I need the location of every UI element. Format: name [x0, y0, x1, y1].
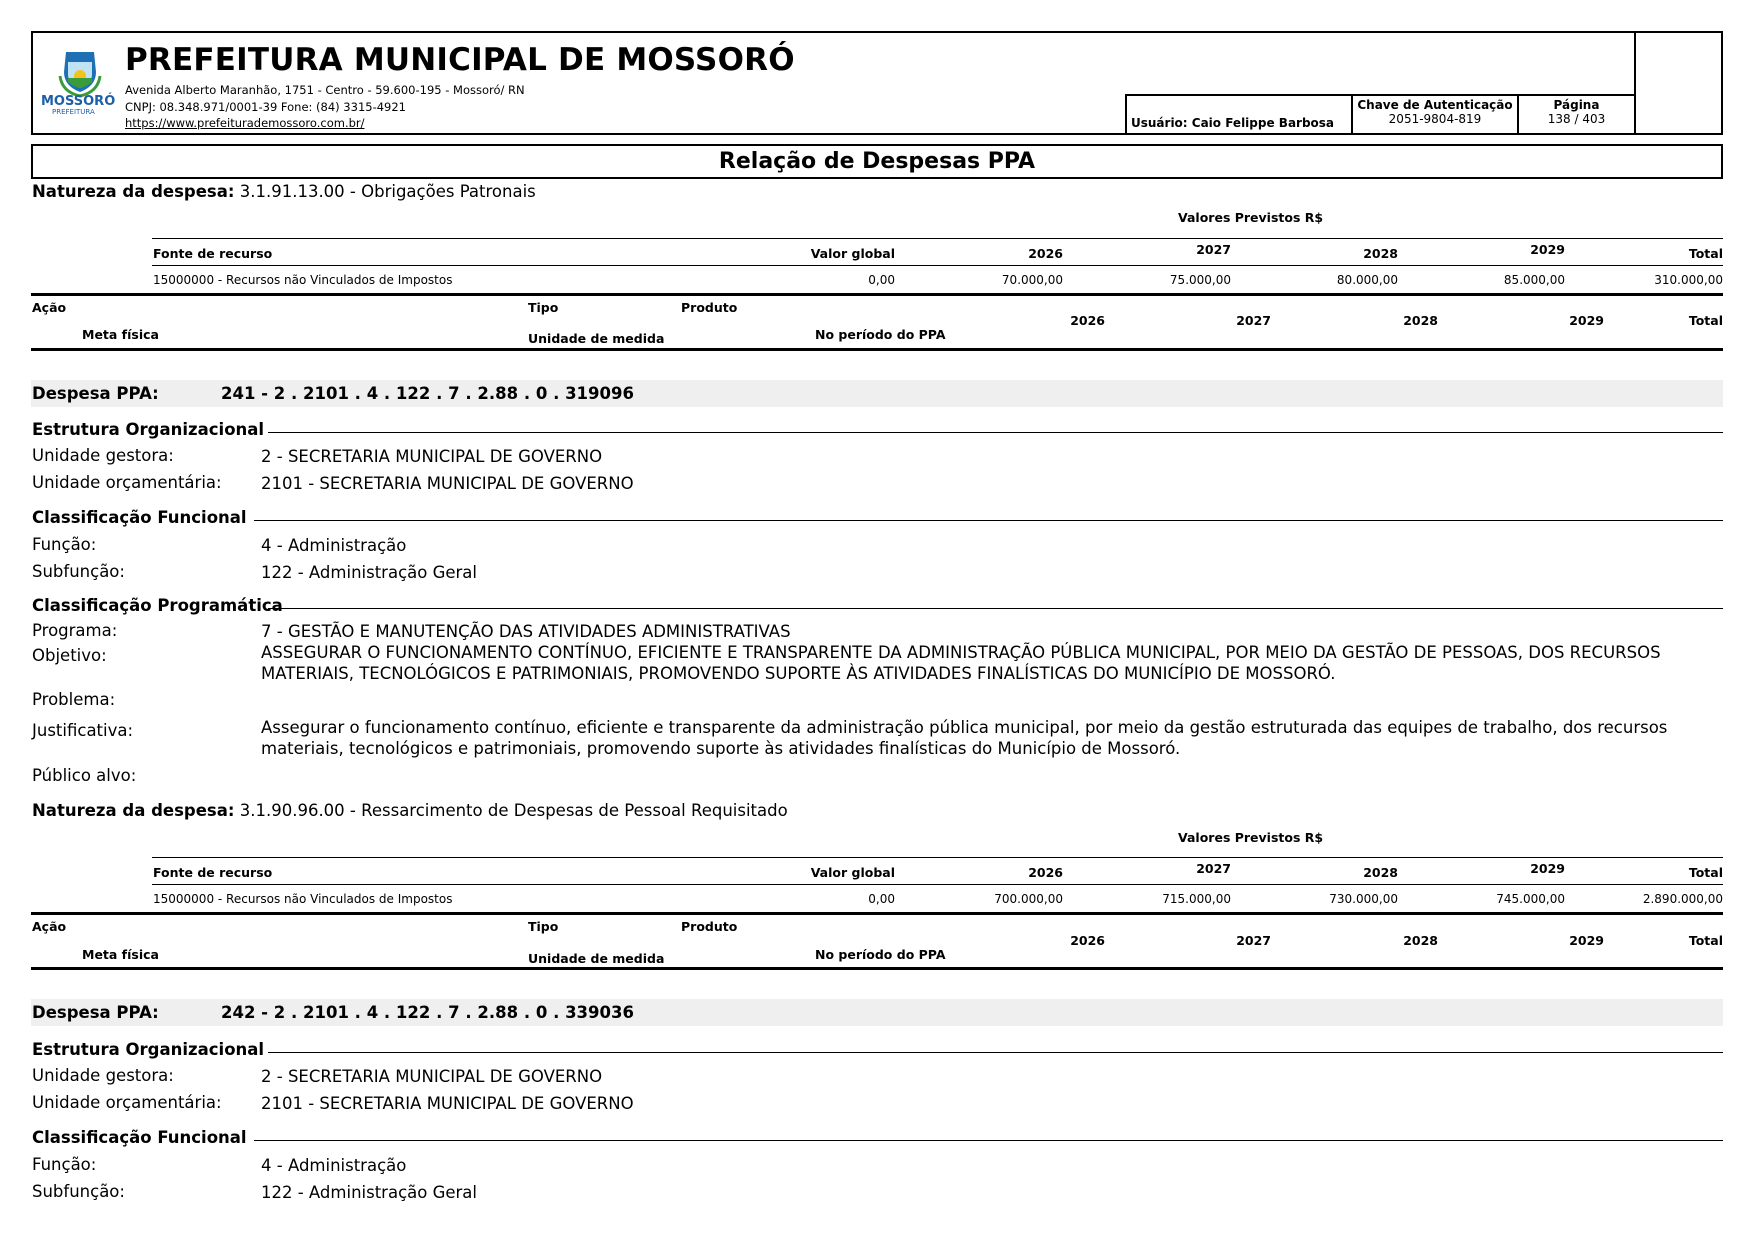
unidade-gestora-value: 2 - SECRETARIA MUNICIPAL DE GOVERNO — [261, 446, 1701, 467]
divider — [152, 857, 1723, 858]
logo-text: MOSSORÓ — [41, 94, 115, 109]
valor-global-header: Valor global — [780, 246, 895, 261]
despesa-label: Despesa PPA: — [32, 1003, 159, 1022]
meta-fisica-header: Meta física — [82, 947, 159, 962]
year-header-2026: 2026 — [960, 246, 1063, 261]
publico-alvo-label: Público alvo: — [32, 766, 136, 785]
meta-year-2027: 2027 — [1168, 933, 1271, 948]
natureza-label: Natureza da despesa: — [32, 801, 234, 820]
despesa-ppa-band: Despesa PPA: 241 - 2 . 2101 . 4 . 122 . … — [31, 380, 1723, 407]
unidade-medida-header: Unidade de medida — [528, 951, 664, 966]
divider — [268, 1052, 1723, 1053]
funcao-label: Função: — [32, 1155, 96, 1174]
tipo-header: Tipo — [528, 919, 558, 934]
value-total: 310.000,00 — [1620, 273, 1723, 287]
funcao-label: Função: — [32, 535, 96, 554]
produto-header: Produto — [681, 300, 737, 315]
divider — [254, 1140, 1723, 1141]
natureza-label: Natureza da despesa: — [32, 182, 234, 201]
subfuncao-value: 122 - Administração Geral — [261, 1182, 1701, 1203]
valor-global-header: Valor global — [780, 865, 895, 880]
subfuncao-value: 122 - Administração Geral — [261, 562, 1701, 583]
meta-fisica-header: Meta física — [82, 327, 159, 342]
divider — [31, 967, 1723, 970]
estrutura-title: Estrutura Organizacional — [32, 420, 264, 439]
class-funcional-title: Classificação Funcional — [32, 1128, 247, 1147]
fonte-header: Fonte de recurso — [153, 246, 272, 261]
natureza-value: 3.1.91.13.00 - Obrigações Patronais — [240, 182, 536, 201]
unidade-medida-header: Unidade de medida — [528, 331, 664, 346]
funcao-value: 4 - Administração — [261, 535, 1701, 556]
meta-year-2028: 2028 — [1335, 313, 1438, 328]
despesa-code: 242 - 2 . 2101 . 4 . 122 . 7 . 2.88 . 0 … — [221, 1003, 634, 1022]
org-website-link[interactable]: https://www.prefeiturademossoro.com.br/ — [125, 116, 365, 130]
total-header: Total — [1620, 246, 1723, 261]
divider — [152, 238, 1723, 239]
year-header-2027: 2027 — [1128, 861, 1231, 876]
justificativa-value: Assegurar o funcionamento contínuo, efic… — [261, 717, 1701, 759]
year-header-2028: 2028 — [1295, 865, 1398, 880]
periodo-ppa-header: No período do PPA — [815, 327, 946, 342]
despesa-code: 241 - 2 . 2101 . 4 . 122 . 7 . 2.88 . 0 … — [221, 384, 634, 403]
page-box: Página 138 / 403 — [1517, 94, 1636, 135]
valores-previstos-label: Valores Previstos R$ — [1178, 210, 1323, 225]
year-header-2026: 2026 — [960, 865, 1063, 880]
acao-header: Ação — [32, 919, 66, 934]
value-2026: 70.000,00 — [960, 273, 1063, 287]
divider — [254, 520, 1723, 521]
meta-year-2027: 2027 — [1168, 313, 1271, 328]
total-header: Total — [1620, 865, 1723, 880]
objetivo-label: Objetivo: — [32, 646, 107, 665]
valor-global-value: 0,00 — [780, 273, 895, 287]
unidade-orcamentaria-value: 2101 - SECRETARIA MUNICIPAL DE GOVERNO — [261, 473, 1701, 494]
problema-label: Problema: — [32, 690, 115, 709]
value-2028: 730.000,00 — [1295, 892, 1398, 906]
org-name: PREFEITURA MUNICIPAL DE MOSSORÓ — [125, 42, 795, 78]
user-label: Usuário: Caio Felippe Barbosa — [1131, 116, 1334, 130]
divider — [31, 912, 1723, 915]
user-box: Usuário: Caio Felippe Barbosa — [1125, 94, 1353, 135]
unidade-orcamentaria-label: Unidade orçamentária: — [32, 473, 222, 492]
natureza-value: 3.1.90.96.00 - Ressarcimento de Despesas… — [240, 801, 788, 820]
divider — [268, 432, 1723, 433]
value-2029: 85.000,00 — [1462, 273, 1565, 287]
value-total: 2.890.000,00 — [1620, 892, 1723, 906]
divider — [31, 348, 1723, 351]
valores-previstos-label: Valores Previstos R$ — [1178, 830, 1323, 845]
value-2026: 700.000,00 — [960, 892, 1063, 906]
value-2027: 715.000,00 — [1128, 892, 1231, 906]
unidade-gestora-value: 2 - SECRETARIA MUNICIPAL DE GOVERNO — [261, 1066, 1701, 1087]
despesa-ppa-band: Despesa PPA: 242 - 2 . 2101 . 4 . 122 . … — [31, 999, 1723, 1026]
divider — [152, 884, 1723, 885]
meta-year-2029: 2029 — [1501, 933, 1604, 948]
auth-key-box: Chave de Autenticação 2051-9804-819 — [1351, 94, 1519, 135]
unidade-orcamentaria-value: 2101 - SECRETARIA MUNICIPAL DE GOVERNO — [261, 1093, 1701, 1114]
year-header-2028: 2028 — [1295, 246, 1398, 261]
class-programatica-title: Classificação Programática — [32, 596, 283, 615]
org-address: Avenida Alberto Maranhão, 1751 - Centro … — [125, 83, 525, 97]
page-value: 138 / 403 — [1519, 112, 1634, 126]
value-2029: 745.000,00 — [1462, 892, 1565, 906]
estrutura-title: Estrutura Organizacional — [32, 1040, 264, 1059]
programa-value: 7 - GESTÃO E MANUTENÇÃO DAS ATIVIDADES A… — [261, 621, 1701, 642]
unidade-orcamentaria-label: Unidade orçamentária: — [32, 1093, 222, 1112]
report-title: Relação de Despesas PPA — [31, 144, 1723, 179]
subfuncao-label: Subfunção: — [32, 1182, 125, 1201]
justificativa-label: Justificativa: — [32, 721, 133, 740]
org-cnpj-phone: CNPJ: 08.348.971/0001-39 Fone: (84) 3315… — [125, 100, 406, 114]
meta-year-2028: 2028 — [1335, 933, 1438, 948]
produto-header: Produto — [681, 919, 737, 934]
despesa-label: Despesa PPA: — [32, 384, 159, 403]
meta-total-header: Total — [1620, 933, 1723, 948]
fonte-value: 15000000 - Recursos não Vinculados de Im… — [153, 892, 452, 906]
year-header-2029: 2029 — [1462, 861, 1565, 876]
year-header-2029: 2029 — [1462, 242, 1565, 257]
fonte-header: Fonte de recurso — [153, 865, 272, 880]
periodo-ppa-header: No período do PPA — [815, 947, 946, 962]
class-funcional-title: Classificação Funcional — [32, 508, 247, 527]
natureza-1: Natureza da despesa: 3.1.91.13.00 - Obri… — [32, 182, 536, 201]
unidade-gestora-label: Unidade gestora: — [32, 1066, 174, 1085]
divider — [152, 265, 1723, 266]
tipo-header: Tipo — [528, 300, 558, 315]
programa-label: Programa: — [32, 621, 117, 640]
valor-global-value: 0,00 — [780, 892, 895, 906]
divider — [268, 608, 1723, 609]
page-label: Página — [1519, 98, 1634, 112]
value-2027: 75.000,00 — [1128, 273, 1231, 287]
acao-header: Ação — [32, 300, 66, 315]
meta-total-header: Total — [1620, 313, 1723, 328]
fonte-value: 15000000 - Recursos não Vinculados de Im… — [153, 273, 452, 287]
natureza-2: Natureza da despesa: 3.1.90.96.00 - Ress… — [32, 801, 788, 820]
year-header-2027: 2027 — [1128, 242, 1231, 257]
auth-key-value: 2051-9804-819 — [1353, 112, 1517, 126]
logo-subtext: PREFEITURA — [52, 108, 95, 116]
objetivo-value: ASSEGURAR O FUNCIONAMENTO CONTÍNUO, EFIC… — [261, 642, 1701, 684]
header-right-box — [1634, 31, 1723, 135]
auth-key-label: Chave de Autenticação — [1353, 98, 1517, 112]
divider — [31, 293, 1723, 296]
subfuncao-label: Subfunção: — [32, 562, 125, 581]
value-2028: 80.000,00 — [1295, 273, 1398, 287]
unidade-gestora-label: Unidade gestora: — [32, 446, 174, 465]
meta-year-2026: 2026 — [1002, 933, 1105, 948]
funcao-value: 4 - Administração — [261, 1155, 1701, 1176]
meta-year-2029: 2029 — [1501, 313, 1604, 328]
meta-year-2026: 2026 — [1002, 313, 1105, 328]
